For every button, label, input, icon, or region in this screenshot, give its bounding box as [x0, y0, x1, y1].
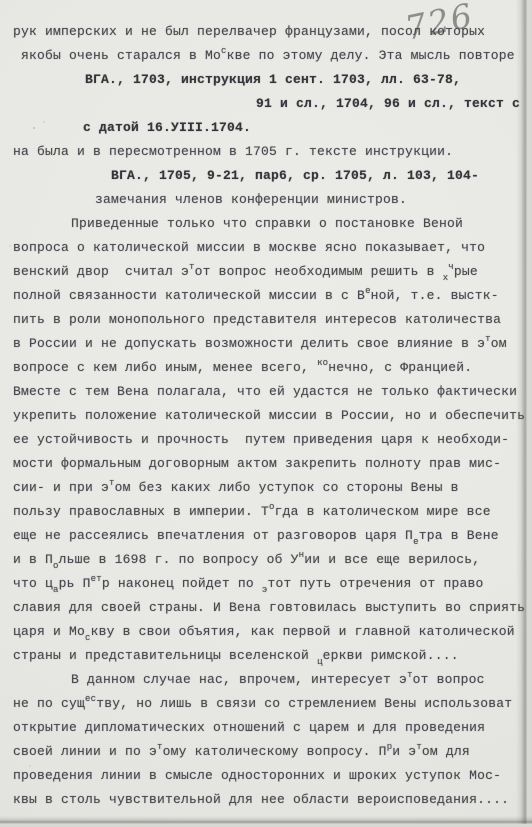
text-line: ее устойчивость и прочность путем привед… [13, 428, 532, 452]
typed-below-correction: о [53, 561, 59, 571]
text-line: В данном случае нас, впрочем, интересует… [13, 668, 532, 692]
typed-below-correction: ц [317, 657, 323, 667]
text-line: ВГА., 1703, инструкция 1 сент. 1703, лл.… [13, 68, 532, 92]
text-line: ВГА., 1705, 9-21, пар6, ср. 1705, л. 103… [13, 164, 532, 188]
typed-above-correction: с [221, 46, 227, 56]
typed-below-correction: э [262, 585, 268, 595]
text-line: рук имперских и не был перелвачер францу… [13, 20, 532, 44]
text-line: квы в столь чувствительной для нее облас… [13, 788, 532, 812]
text-line: своей линии и по этому католическому воп… [13, 740, 532, 764]
text-line: на была и в пересмотренном в 1705 г. тек… [13, 140, 532, 164]
typed-above-correction: ес [85, 694, 96, 704]
text-line: в России и не допускать возможности дели… [13, 332, 532, 356]
text-line: царя и Москву в свои объятия, как первой… [13, 620, 532, 644]
page-edge-shadow-bottom [0, 816, 532, 827]
text-line: сии- и при этом без каких либо уступок с… [13, 476, 532, 500]
typed-above-correction: т [157, 742, 163, 752]
text-line: 91 и сл., 1704, 96 и сл., текст с [13, 92, 532, 116]
text-line: что царь Петр наконец пойдет по этот пут… [13, 572, 532, 596]
text-line: вопроса о католической миссии в москве я… [13, 236, 532, 260]
text-line: вопросе с кем либо иным, менее всего, ко… [13, 356, 532, 380]
typed-above-correction: е [365, 286, 371, 296]
text-line: мости формальным договорным актом закреп… [13, 452, 532, 476]
text-line: проведения линии в смысле односторонних … [13, 764, 532, 788]
typed-below-correction: х [443, 273, 449, 283]
typed-above-correction: т [416, 742, 422, 752]
text-line: венский двор считал этот вопрос необходи… [13, 260, 532, 284]
typed-above-correction: ет [91, 574, 102, 584]
page-edge-shadow-right [516, 0, 532, 827]
typed-above-correction: о [269, 502, 275, 512]
typed-above-correction: н [299, 550, 305, 560]
typed-above-correction: т [109, 478, 115, 488]
text-line: славия для своей страны. И Вена говтовил… [13, 596, 532, 620]
text-line: пользу православных в империи. Тогда в к… [13, 500, 532, 524]
typed-above-correction: т [407, 670, 413, 680]
text-line: якобы очень старался в Москве по этому д… [13, 44, 532, 68]
typed-above-correction: т [485, 334, 491, 344]
text-line: пить в роли монопольного представителя и… [13, 308, 532, 332]
typed-above-correction: т [189, 262, 195, 272]
text-line: и в Польше в 1698 г. по вопросу об Унии … [13, 548, 532, 572]
typed-above-correction: р [387, 742, 393, 752]
text-line: страны и представительницы вселенской це… [13, 644, 532, 668]
text-line: Вместе с тем Вена полагала, что ей удаст… [13, 380, 532, 404]
text-line: еще не рассеялись впечатления от разгово… [13, 524, 532, 548]
document-text: рук имперских и не был перелвачер францу… [13, 20, 532, 812]
document-page: 726 рук имперских и не был перелвачер фр… [0, 0, 532, 827]
text-line: не по существу, но лишь в связи со стрем… [13, 692, 532, 716]
text-line: укрепить положение католической миссии в… [13, 404, 532, 428]
typed-below-correction: с [85, 633, 91, 643]
typed-below-correction: а [53, 585, 59, 595]
text-line: с датой 16.УIII.1704. [13, 116, 532, 140]
typed-above-correction: ко [317, 358, 328, 368]
typed-above-correction: ч [448, 262, 454, 272]
text-line: замечания членов конференции министров. [13, 188, 532, 212]
text-line: открытие дипломатических отношений с цар… [13, 716, 532, 740]
typed-below-correction: е [413, 537, 419, 547]
text-line: полной связанности католической миссии в… [13, 284, 532, 308]
text-line: Приведенные только что справки о постано… [13, 212, 532, 236]
